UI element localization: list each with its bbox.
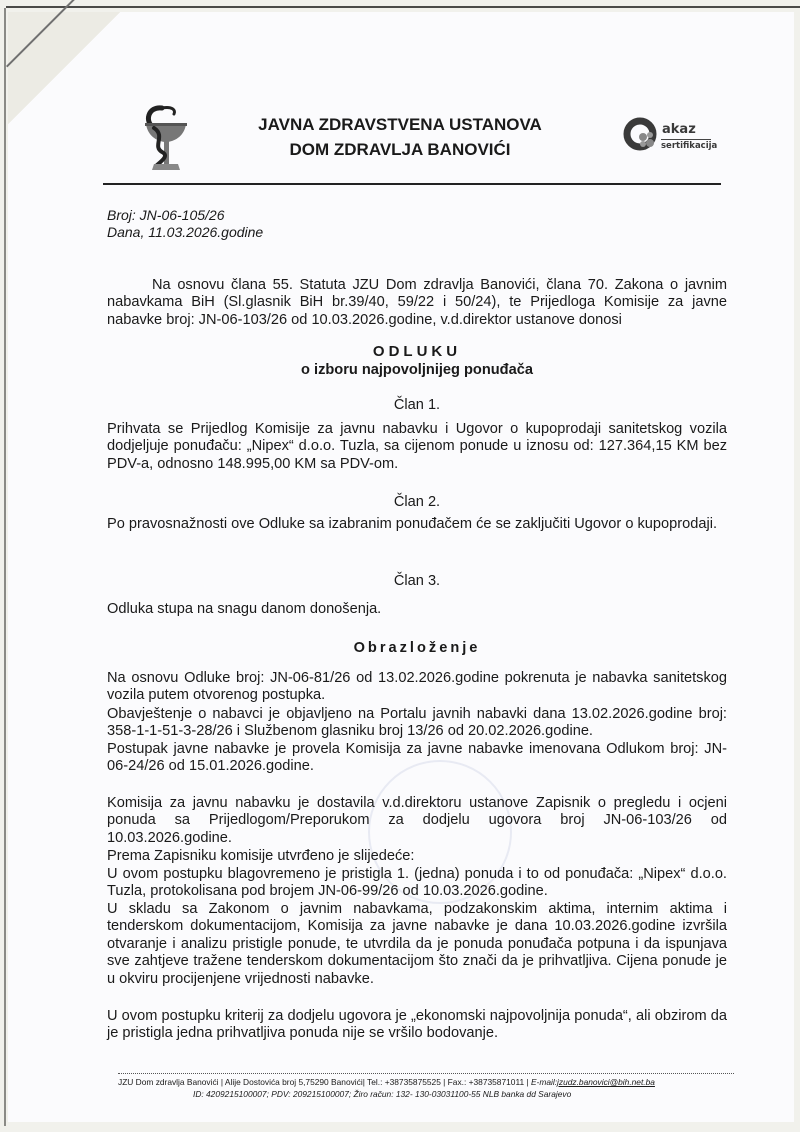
footer-contact-line: JZU Dom zdravlja Banovići | Alije Dostov… [118,1077,738,1087]
reasoning-paragraph-5: Prema Zapisniku komisije utvrđeno je sli… [107,848,727,865]
article-2-text: Po pravosnažnosti ove Odluke sa izabrani… [107,516,727,533]
article-1-text: Prihvata se Prijedlog Komisije za javnu … [107,421,727,473]
footer-ids-line: ID: 4209215100007; PDV: 209215100007; Ži… [193,1089,571,1099]
reasoning-paragraph-8: U ovom postupku kriterij za dodjelu ugov… [107,1008,727,1043]
reference-number: Broj: JN-06-105/26 [107,207,263,224]
reasoning-paragraph-7: U skladu sa Zakonom o javnim nabavkama, … [107,901,727,988]
akaz-logo-subtext: sertifikacija [661,141,717,151]
scan-frame-top [6,6,800,8]
decision-title: ODLUKU [107,343,727,360]
footer-divider [118,1073,734,1074]
article-2-heading: Član 2. [107,494,727,510]
akaz-logo-text: akaz [662,122,696,137]
reasoning-paragraph-1: Na osnovu Odluke broj: JN-06-81/26 od 13… [107,670,727,705]
reasoning-paragraph-6: U ovom postupku blagovremeno je pristigl… [107,866,727,901]
footer-address: JZU Dom zdravlja Banovići | Alije Dostov… [118,1077,531,1087]
reasoning-paragraph-3: Postupak javne nabavke je provela Komisi… [107,741,727,776]
institution-name: JAVNA ZDRAVSTVENA USTANOVA DOM ZDRAVLJA … [250,112,550,162]
akaz-logo-divider [661,139,711,140]
article-1-heading: Član 1. [107,397,727,413]
footer-email-link[interactable]: jzudz.banovici@bih.net.ba [557,1077,655,1087]
article-3-text: Odluka stupa na snagu danom donošenja. [107,601,727,618]
scan-frame-left [4,8,6,1126]
reasoning-paragraph-2: Obavještenje o nabavci je objavljeno na … [107,706,727,741]
reasoning-paragraph-4: Komisija za javnu nabavku je dostavila v… [107,795,727,847]
bowl-of-hygieia-icon [140,102,190,174]
reference-date: Dana, 11.03.2026.godine [107,224,263,241]
footer-email-label: E-mail: [531,1077,557,1087]
header-divider [103,183,721,185]
decision-subtitle: o izboru najpovoljnijeg ponuđača [107,362,727,378]
preamble: Na osnovu člana 55. Statuta JZU Dom zdra… [107,277,727,329]
article-3-heading: Član 3. [107,573,727,589]
document-reference: Broj: JN-06-105/26 Dana, 11.03.2026.godi… [107,207,263,241]
reasoning-heading: Obrazloženje [107,640,727,656]
institution-line-1: JAVNA ZDRAVSTVENA USTANOVA [250,112,550,137]
institution-line-2: DOM ZDRAVLJA BANOVIĆI [250,137,550,162]
folded-corner [8,12,120,124]
